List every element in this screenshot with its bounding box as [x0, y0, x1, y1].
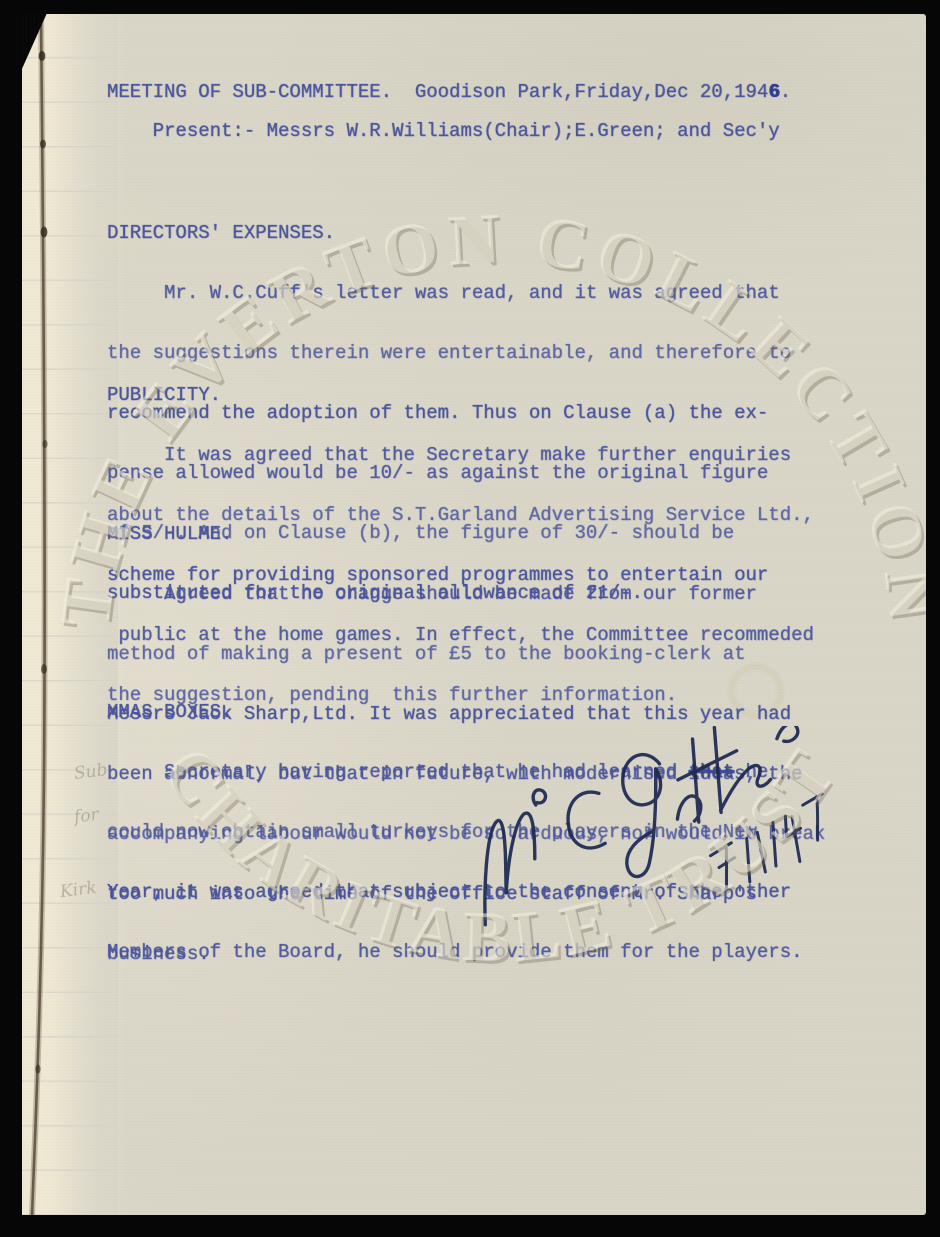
typed-line: could now obtain small turkeys for the p…: [107, 822, 803, 842]
margin-note: Sub: [73, 760, 109, 784]
document-page: MEETING OF SUB-COMMITTEE. Goodison Park,…: [22, 14, 926, 1215]
section-heading: PUBLICITY.: [107, 385, 814, 405]
title-text: MEETING OF SUB-COMMITTEE. Goodison Park,…: [107, 81, 768, 103]
struck-out-word: that: [689, 761, 735, 783]
typed-line: Agreed that no change should be made fro…: [107, 584, 825, 604]
meeting-title-line: MEETING OF SUB-COMMITTEE. Goodison Park,…: [107, 82, 791, 102]
typed-text: Secretary having reported that he had le…: [107, 761, 689, 783]
typed-line: Mr. W.C.Cuff's letter was read, and it w…: [107, 283, 791, 303]
scanned-minutes-screenshot: { "page": { "kind": "scanned typewritten…: [0, 0, 940, 1237]
section-heading: MISS HULME.: [107, 524, 825, 544]
typed-line: method of making a present of £5 to the …: [107, 644, 825, 664]
typed-line: Members of the Board, he should provide …: [107, 942, 803, 962]
section-heading: DIRECTORS' EXPENSES.: [107, 223, 791, 243]
section-heading: XMAS BOXES.: [107, 702, 803, 722]
section-xmas-boxes: XMAS BOXES. Secretary having reported th…: [107, 662, 803, 1002]
margin-note: for: [73, 805, 100, 828]
title-period: .: [780, 81, 791, 103]
typed-line: Year, it was agreed that subject to the …: [107, 882, 803, 902]
typed-text: he: [734, 761, 768, 783]
present-line: Present:- Messrs W.R.Williams(Chair);E.G…: [107, 121, 780, 141]
typed-line: It was agreed that the Secretary make fu…: [107, 445, 814, 465]
typed-line-with-strikeout: Secretary having reported that he had le…: [107, 762, 803, 782]
overtyped-digit: 6: [768, 81, 779, 103]
